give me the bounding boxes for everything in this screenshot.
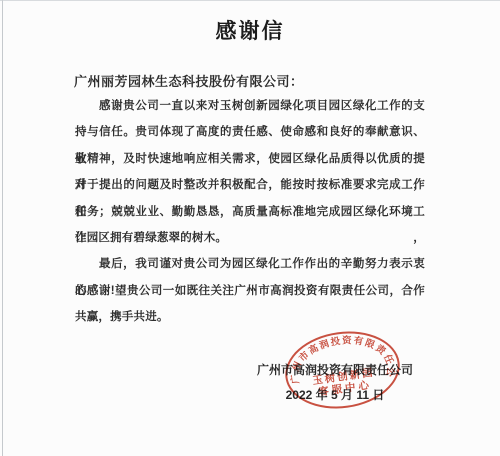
- scan-edge-top: [0, 0, 500, 1]
- letter-title: 感谢信: [0, 15, 500, 45]
- body-line: 对于提出的问题及时整改并积极配合，能按时按标准要求完成工作和: [75, 172, 425, 198]
- scan-edge-left: [2, 0, 3, 456]
- body-line: 感谢贵公司一直以来对玉树创新园绿化项目园区绿化工作的支: [75, 93, 425, 119]
- body-line: 最后，我司谨对贵公司为园区绿化工作作出的辛勤努力表示衷心: [75, 251, 425, 277]
- body-line: 任务；兢兢业业、勤勤恳恳，高质量高标准地完成园区绿化环境工作，: [75, 199, 425, 225]
- scanned-letter-page: 感谢信 广州丽芳园林生态科技股份有限公司： 感谢贵公司一直以来对玉树创新园绿化项…: [0, 0, 500, 456]
- body-line: 持与信任。贵司体现了高度的责任感、使命感和良好的奉献意识、敬: [75, 119, 425, 145]
- letter-salutation: 广州丽芳园林生态科技股份有限公司：: [74, 71, 304, 90]
- company-seal-stamp: 广州市高润投资有限责任公司 玉树创新园 客服中心: [280, 324, 404, 415]
- body-line: 业精神，及时快速地响应相关需求，使园区绿化品质得以优质的提升，: [75, 146, 425, 172]
- letter-body: 感谢贵公司一直以来对玉树创新园绿化项目园区绿化工作的支 持与信任。贵司体现了高度…: [75, 93, 425, 331]
- body-line: 的感谢!望贵公司一如既往关注广州市高润投资有限责任公司，合作: [75, 278, 425, 304]
